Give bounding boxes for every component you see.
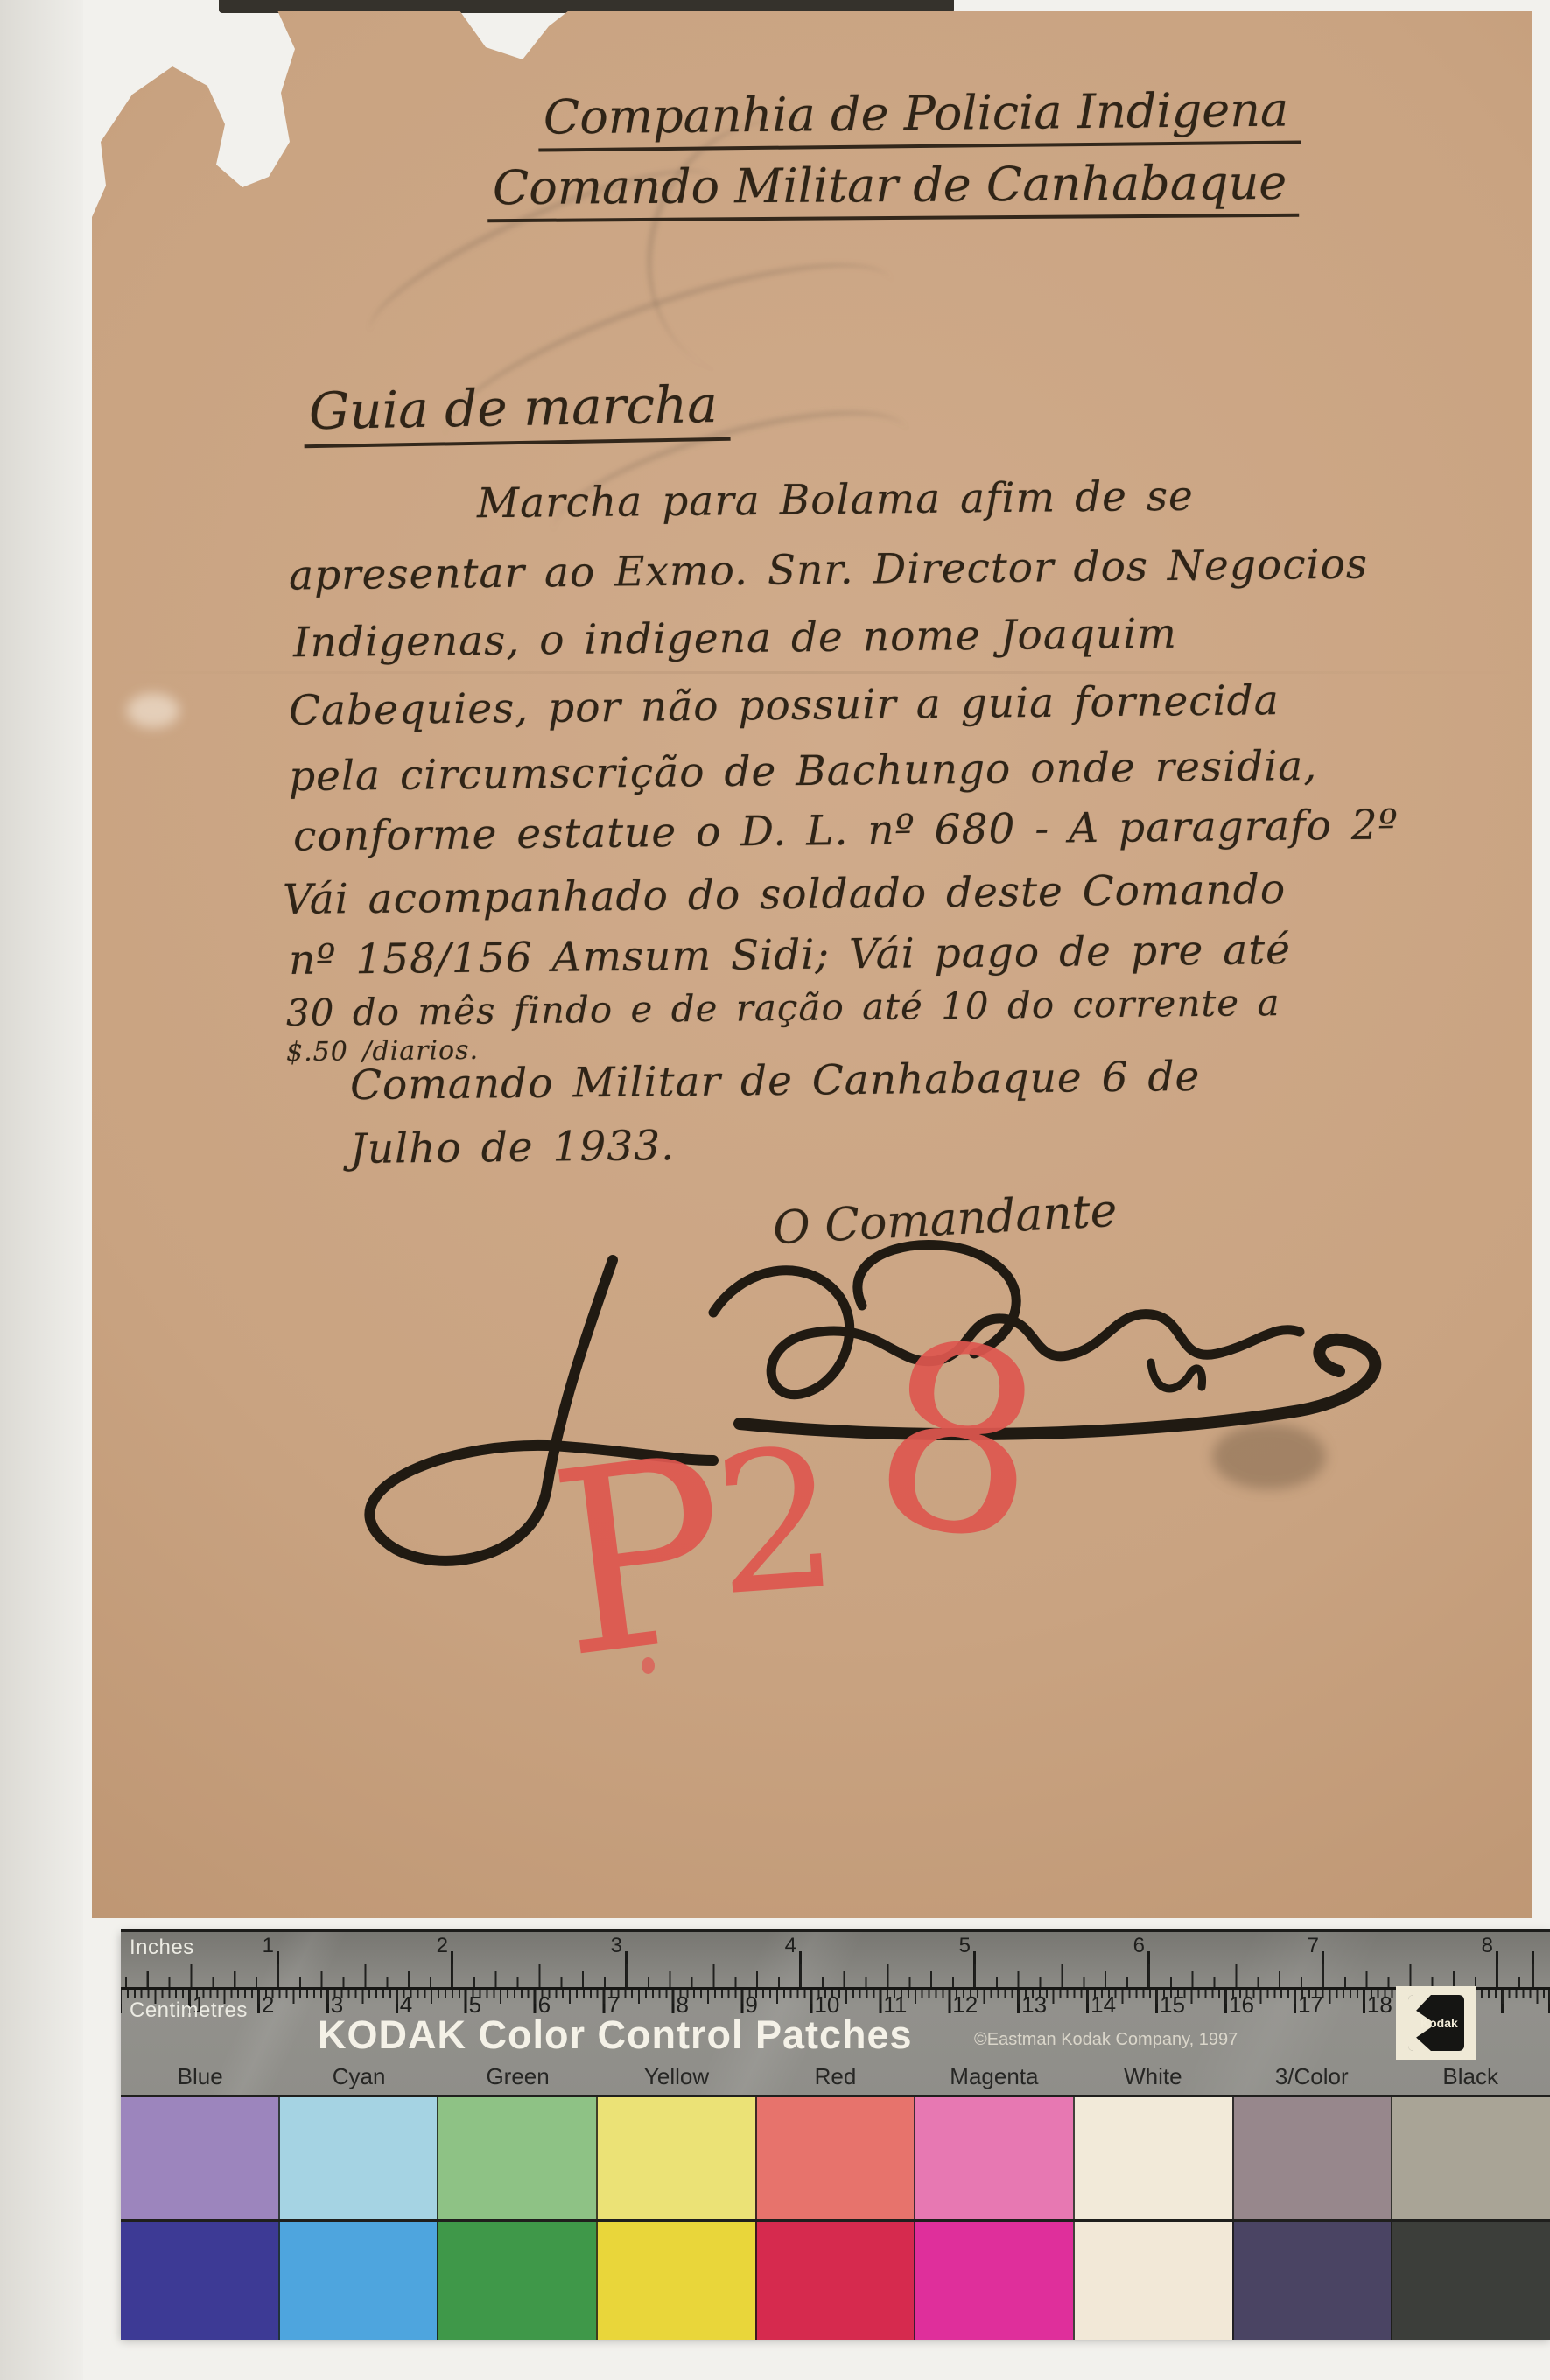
- color-patch: [121, 2097, 278, 2222]
- cm-number: 14: [1091, 1991, 1126, 2019]
- document-header-line2: Comando Militar de Canhabaque: [487, 155, 1300, 222]
- color-patch: [755, 2222, 915, 2340]
- cm-number: 12: [952, 1991, 987, 2019]
- kodak-logo: Kodak: [1396, 1986, 1476, 2060]
- body-line: Indigenas, o indigena de nome Joaquim: [293, 610, 1177, 668]
- red-mark-char: 2: [707, 1406, 845, 1638]
- inch-ticks: [121, 1977, 1550, 1987]
- color-patch: [1232, 2097, 1392, 2222]
- inch-number: 6: [1110, 1934, 1145, 1958]
- color-patch: [1073, 2222, 1232, 2340]
- kodak-bar-title: KODAK Color Control Patches: [318, 2012, 913, 2058]
- body-line: apresentar ao Exmo. Snr. Director dos Ne…: [289, 541, 1369, 600]
- kodak-copyright: ©Eastman Kodak Company, 1997: [974, 2030, 1238, 2050]
- kodak-logo-mark: Kodak: [1408, 1995, 1464, 2051]
- body-line: 30 do mês findo e de ração até 10 do cor…: [286, 981, 1280, 1034]
- kodak-color-bar: Inches 12345678 123456789101112131415161…: [121, 1929, 1550, 2337]
- body-line: Cabequies, por não possuir a guia fornec…: [289, 676, 1280, 735]
- centimetres-label: Centimetres: [130, 1998, 248, 2023]
- patch-label: Black: [1400, 2063, 1540, 2090]
- stain: [127, 693, 179, 728]
- color-patch: [596, 2222, 755, 2340]
- color-patch: [278, 2097, 438, 2222]
- body-line: nº 158/156 Amsum Sidi; Vái pago de pre a…: [289, 926, 1291, 984]
- color-patch: [1391, 2222, 1550, 2340]
- cm-number: 15: [1160, 1991, 1195, 2019]
- inch-number: 7: [1284, 1934, 1319, 1958]
- patch-label: Magenta: [924, 2063, 1064, 2090]
- document-page: 87 Companhia de Policia Indigena Comando…: [92, 10, 1532, 1918]
- patch-row-light: [121, 2095, 1550, 2222]
- document-title-text: Guia de marcha: [303, 374, 730, 448]
- body-line: Marcha para Bolama afim de se: [477, 472, 1194, 528]
- body-line: Vái acompanhado do soldado deste Comando: [283, 865, 1287, 924]
- color-patch: [437, 2097, 596, 2222]
- patch-label: Red: [765, 2063, 905, 2090]
- kodak-logo-text: Kodak: [1420, 2016, 1458, 2030]
- paper-crease: [92, 671, 1532, 674]
- body-line: conforme estatue o D. L. nº 680 - A para…: [293, 801, 1399, 860]
- patch-label: Cyan: [289, 2063, 429, 2090]
- document-header-line1: Companhia de Policia Indigena: [538, 81, 1301, 151]
- cm-number: 13: [1021, 1991, 1056, 2019]
- scanned-document-photo: 87 Companhia de Policia Indigena Comando…: [0, 0, 1550, 2380]
- body-line: Julho de 1933.: [350, 1122, 676, 1173]
- color-patch: [121, 2222, 278, 2340]
- inch-number: 1: [239, 1934, 274, 1958]
- inch-number: 4: [761, 1934, 796, 1958]
- color-patch: [437, 2222, 596, 2340]
- patch-label: Green: [448, 2063, 588, 2090]
- cm-number: 17: [1298, 1991, 1333, 2019]
- inch-number: 5: [936, 1934, 971, 1958]
- body-line: pela circumscrição de Bachungo onde resi…: [289, 742, 1318, 801]
- document-title: Guia de marcha: [303, 374, 730, 448]
- color-patch: [1232, 2222, 1392, 2340]
- color-patch: [755, 2097, 915, 2222]
- patch-label: White: [1083, 2063, 1223, 2090]
- body-line: Comando Militar de Canhabaque 6 de: [350, 1053, 1201, 1109]
- patch-label: Blue: [130, 2063, 270, 2090]
- color-patch: [596, 2097, 755, 2222]
- color-patch: [914, 2097, 1073, 2222]
- patch-label: Yellow: [607, 2063, 747, 2090]
- color-patch: [914, 2222, 1073, 2340]
- inch-number: 2: [413, 1934, 448, 1958]
- cm-number: 16: [1229, 1991, 1264, 2019]
- color-patch: [1073, 2097, 1232, 2222]
- header-line1-text: Companhia de Policia Indigena: [538, 81, 1301, 151]
- color-patch: [278, 2222, 438, 2340]
- patch-label: 3/Color: [1242, 2063, 1382, 2090]
- red-mark-dot: [642, 1657, 655, 1674]
- patch-row-dark: [121, 2219, 1550, 2340]
- header-line2-text: Comando Militar de Canhabaque: [487, 155, 1300, 222]
- inch-number: 3: [587, 1934, 622, 1958]
- color-patch: [1391, 2097, 1550, 2222]
- cm-number: 2: [262, 1991, 297, 2019]
- inch-number: 8: [1458, 1934, 1493, 1958]
- scan-backing: [0, 0, 83, 2380]
